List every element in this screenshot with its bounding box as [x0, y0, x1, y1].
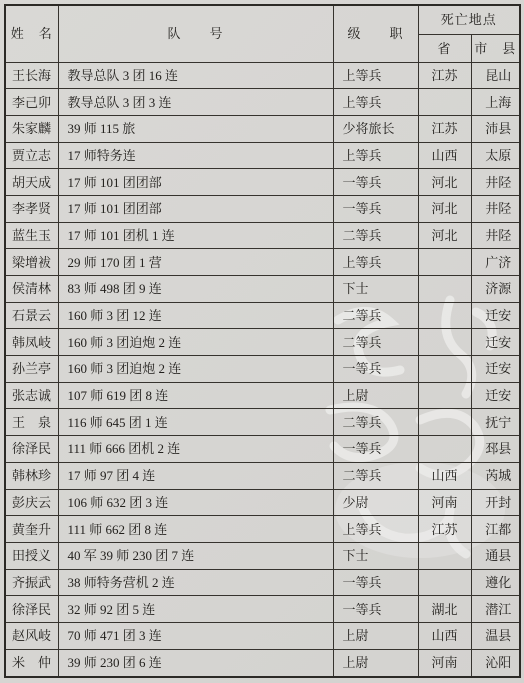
cell-city: 开封 [471, 489, 520, 516]
cell-city: 上海 [471, 89, 520, 116]
cell-city: 遵化 [471, 569, 520, 596]
cell-rank: 二等兵 [333, 409, 418, 436]
cell-rank: 二等兵 [333, 222, 418, 249]
header-rank: 级 职 [333, 5, 418, 62]
cell-unit: 83 师 498 团 9 连 [58, 276, 333, 303]
cell-province: 江苏 [418, 62, 471, 89]
table-row: 李孝贤17 师 101 团团部一等兵河北井陉 [5, 195, 520, 222]
cell-name: 侯清林 [5, 276, 58, 303]
cell-province: 河北 [418, 169, 471, 196]
cell-city: 迁安 [471, 382, 520, 409]
cell-rank: 上等兵 [333, 89, 418, 116]
cell-city: 温县 [471, 622, 520, 649]
header-unit: 队 号 [58, 5, 333, 62]
cell-unit: 111 师 666 团机 2 连 [58, 436, 333, 463]
table-row: 石景云160 师 3 团 12 连二等兵迁安 [5, 302, 520, 329]
table-row: 齐振武38 师特务营机 2 连一等兵遵化 [5, 569, 520, 596]
cell-rank: 上等兵 [333, 249, 418, 276]
cell-city: 迁安 [471, 356, 520, 383]
cell-name: 张志诚 [5, 382, 58, 409]
table-row: 黄奎升111 师 662 团 8 连上等兵江苏江都 [5, 516, 520, 543]
cell-unit: 160 师 3 团 12 连 [58, 302, 333, 329]
cell-province: 湖北 [418, 596, 471, 623]
table-row: 朱家麟39 师 115 旅少将旅长江苏沛县 [5, 115, 520, 142]
cell-rank: 上等兵 [333, 516, 418, 543]
cell-city: 广济 [471, 249, 520, 276]
cell-city: 井陉 [471, 222, 520, 249]
cell-name: 李己卯 [5, 89, 58, 116]
cell-province [418, 249, 471, 276]
cell-unit: 教导总队 3 团 16 连 [58, 62, 333, 89]
cell-unit: 17 师 97 团 4 连 [58, 462, 333, 489]
cell-rank: 二等兵 [333, 462, 418, 489]
cell-rank: 少尉 [333, 489, 418, 516]
cell-unit: 教导总队 3 团 3 连 [58, 89, 333, 116]
cell-city: 潜江 [471, 596, 520, 623]
cell-name: 贾立志 [5, 142, 58, 169]
cell-rank: 上等兵 [333, 62, 418, 89]
header-city: 市 县 [471, 34, 520, 62]
table-row: 赵风岐70 师 471 团 3 连上尉山西温县 [5, 622, 520, 649]
cell-unit: 40 军 39 师 230 团 7 连 [58, 542, 333, 569]
cell-name: 韩凤岐 [5, 329, 58, 356]
cell-province: 江苏 [418, 115, 471, 142]
cell-city: 迁安 [471, 329, 520, 356]
cell-name: 梁增袚 [5, 249, 58, 276]
cell-city: 迁安 [471, 302, 520, 329]
cell-unit: 106 师 632 团 3 连 [58, 489, 333, 516]
header-province: 省 [418, 34, 471, 62]
cell-rank: 下士 [333, 276, 418, 303]
cell-name: 赵风岐 [5, 622, 58, 649]
cell-province: 江苏 [418, 516, 471, 543]
cell-rank: 二等兵 [333, 329, 418, 356]
cell-name: 韩林珍 [5, 462, 58, 489]
cell-province: 河南 [418, 649, 471, 677]
cell-province: 山西 [418, 622, 471, 649]
table-header: 姓 名 队 号 级 职 死亡地点 省 市 县 [5, 5, 520, 62]
cell-province [418, 276, 471, 303]
cell-city: 井陉 [471, 169, 520, 196]
cell-name: 王长海 [5, 62, 58, 89]
cell-province [418, 382, 471, 409]
cell-rank: 少将旅长 [333, 115, 418, 142]
table-row: 王 泉116 师 645 团 1 连二等兵抚宁 [5, 409, 520, 436]
table-row: 韩林珍17 师 97 团 4 连二等兵山西芮城 [5, 462, 520, 489]
cell-rank: 二等兵 [333, 302, 418, 329]
cell-city: 井陉 [471, 195, 520, 222]
cell-unit: 39 师 230 团 6 连 [58, 649, 333, 677]
table-row: 贾立志17 师特务连上等兵山西太原 [5, 142, 520, 169]
cell-province [418, 356, 471, 383]
cell-unit: 38 师特务营机 2 连 [58, 569, 333, 596]
table-row: 侯清林83 师 498 团 9 连下士济源 [5, 276, 520, 303]
cell-province: 河北 [418, 222, 471, 249]
cell-city: 江都 [471, 516, 520, 543]
cell-unit: 39 师 115 旅 [58, 115, 333, 142]
cell-name: 朱家麟 [5, 115, 58, 142]
cell-unit: 111 师 662 团 8 连 [58, 516, 333, 543]
cell-rank: 下士 [333, 542, 418, 569]
cell-city: 芮城 [471, 462, 520, 489]
cell-name: 田授义 [5, 542, 58, 569]
cell-city: 济源 [471, 276, 520, 303]
cell-province: 山西 [418, 142, 471, 169]
cell-province [418, 89, 471, 116]
cell-city: 抚宁 [471, 409, 520, 436]
cell-province: 河南 [418, 489, 471, 516]
table-row: 田授义40 军 39 师 230 团 7 连下士通县 [5, 542, 520, 569]
cell-name: 徐泽民 [5, 436, 58, 463]
table-row: 彭庆云106 师 632 团 3 连少尉河南开封 [5, 489, 520, 516]
cell-province [418, 569, 471, 596]
cell-city: 通县 [471, 542, 520, 569]
cell-rank: 上尉 [333, 382, 418, 409]
cell-unit: 116 师 645 团 1 连 [58, 409, 333, 436]
table-row: 胡天成17 师 101 团团部一等兵河北井陉 [5, 169, 520, 196]
cell-unit: 107 师 619 团 8 连 [58, 382, 333, 409]
cell-rank: 一等兵 [333, 569, 418, 596]
cell-rank: 一等兵 [333, 169, 418, 196]
table-row: 王长海教导总队 3 团 16 连上等兵江苏昆山 [5, 62, 520, 89]
table-row: 蓝生玉17 师 101 团机 1 连二等兵河北井陉 [5, 222, 520, 249]
cell-province [418, 409, 471, 436]
cell-city: 昆山 [471, 62, 520, 89]
cell-unit: 160 师 3 团迫炮 2 连 [58, 329, 333, 356]
table-row: 米 仲39 师 230 团 6 连上尉河南沁阳 [5, 649, 520, 677]
cell-rank: 一等兵 [333, 436, 418, 463]
cell-name: 石景云 [5, 302, 58, 329]
table-row: 孙兰亭160 师 3 团迫炮 2 连一等兵迁安 [5, 356, 520, 383]
cell-rank: 一等兵 [333, 596, 418, 623]
cell-name: 蓝生玉 [5, 222, 58, 249]
cell-name: 孙兰亭 [5, 356, 58, 383]
cell-unit: 17 师 101 团机 1 连 [58, 222, 333, 249]
header-name: 姓 名 [5, 5, 58, 62]
cell-name: 徐泽民 [5, 596, 58, 623]
cell-rank: 一等兵 [333, 356, 418, 383]
table-row: 李己卯教导总队 3 团 3 连上等兵上海 [5, 89, 520, 116]
cell-province [418, 302, 471, 329]
table-body: 王长海教导总队 3 团 16 连上等兵江苏昆山李己卯教导总队 3 团 3 连上等… [5, 62, 520, 677]
cell-name: 彭庆云 [5, 489, 58, 516]
cell-unit: 17 师特务连 [58, 142, 333, 169]
cell-rank: 上等兵 [333, 142, 418, 169]
cell-city: 沛县 [471, 115, 520, 142]
table-row: 徐泽民111 师 666 团机 2 连一等兵邳县 [5, 436, 520, 463]
cell-name: 李孝贤 [5, 195, 58, 222]
cell-province [418, 329, 471, 356]
cell-unit: 17 师 101 团团部 [58, 195, 333, 222]
cell-province: 山西 [418, 462, 471, 489]
cell-name: 米 仲 [5, 649, 58, 677]
table-row: 徐泽民32 师 92 团 5 连一等兵湖北潜江 [5, 596, 520, 623]
cell-rank: 上尉 [333, 622, 418, 649]
cell-name: 胡天成 [5, 169, 58, 196]
cell-province [418, 542, 471, 569]
cell-rank: 上尉 [333, 649, 418, 677]
header-death-place: 死亡地点 [418, 5, 520, 34]
cell-unit: 160 师 3 团迫炮 2 连 [58, 356, 333, 383]
table-row: 韩凤岐160 师 3 团迫炮 2 连二等兵迁安 [5, 329, 520, 356]
cell-name: 黄奎升 [5, 516, 58, 543]
cell-unit: 70 师 471 团 3 连 [58, 622, 333, 649]
table-row: 张志诚107 师 619 团 8 连上尉迁安 [5, 382, 520, 409]
cell-rank: 一等兵 [333, 195, 418, 222]
cell-province [418, 436, 471, 463]
cell-city: 邳县 [471, 436, 520, 463]
cell-name: 王 泉 [5, 409, 58, 436]
cell-unit: 32 师 92 团 5 连 [58, 596, 333, 623]
cell-unit: 17 师 101 团团部 [58, 169, 333, 196]
table-row: 梁增袚29 师 170 团 1 营上等兵广济 [5, 249, 520, 276]
cell-province: 河北 [418, 195, 471, 222]
cell-city: 太原 [471, 142, 520, 169]
cell-city: 沁阳 [471, 649, 520, 677]
casualty-roster-table: 姓 名 队 号 级 职 死亡地点 省 市 县 王长海教导总队 3 团 16 连上… [4, 4, 521, 678]
cell-name: 齐振武 [5, 569, 58, 596]
cell-unit: 29 师 170 团 1 营 [58, 249, 333, 276]
